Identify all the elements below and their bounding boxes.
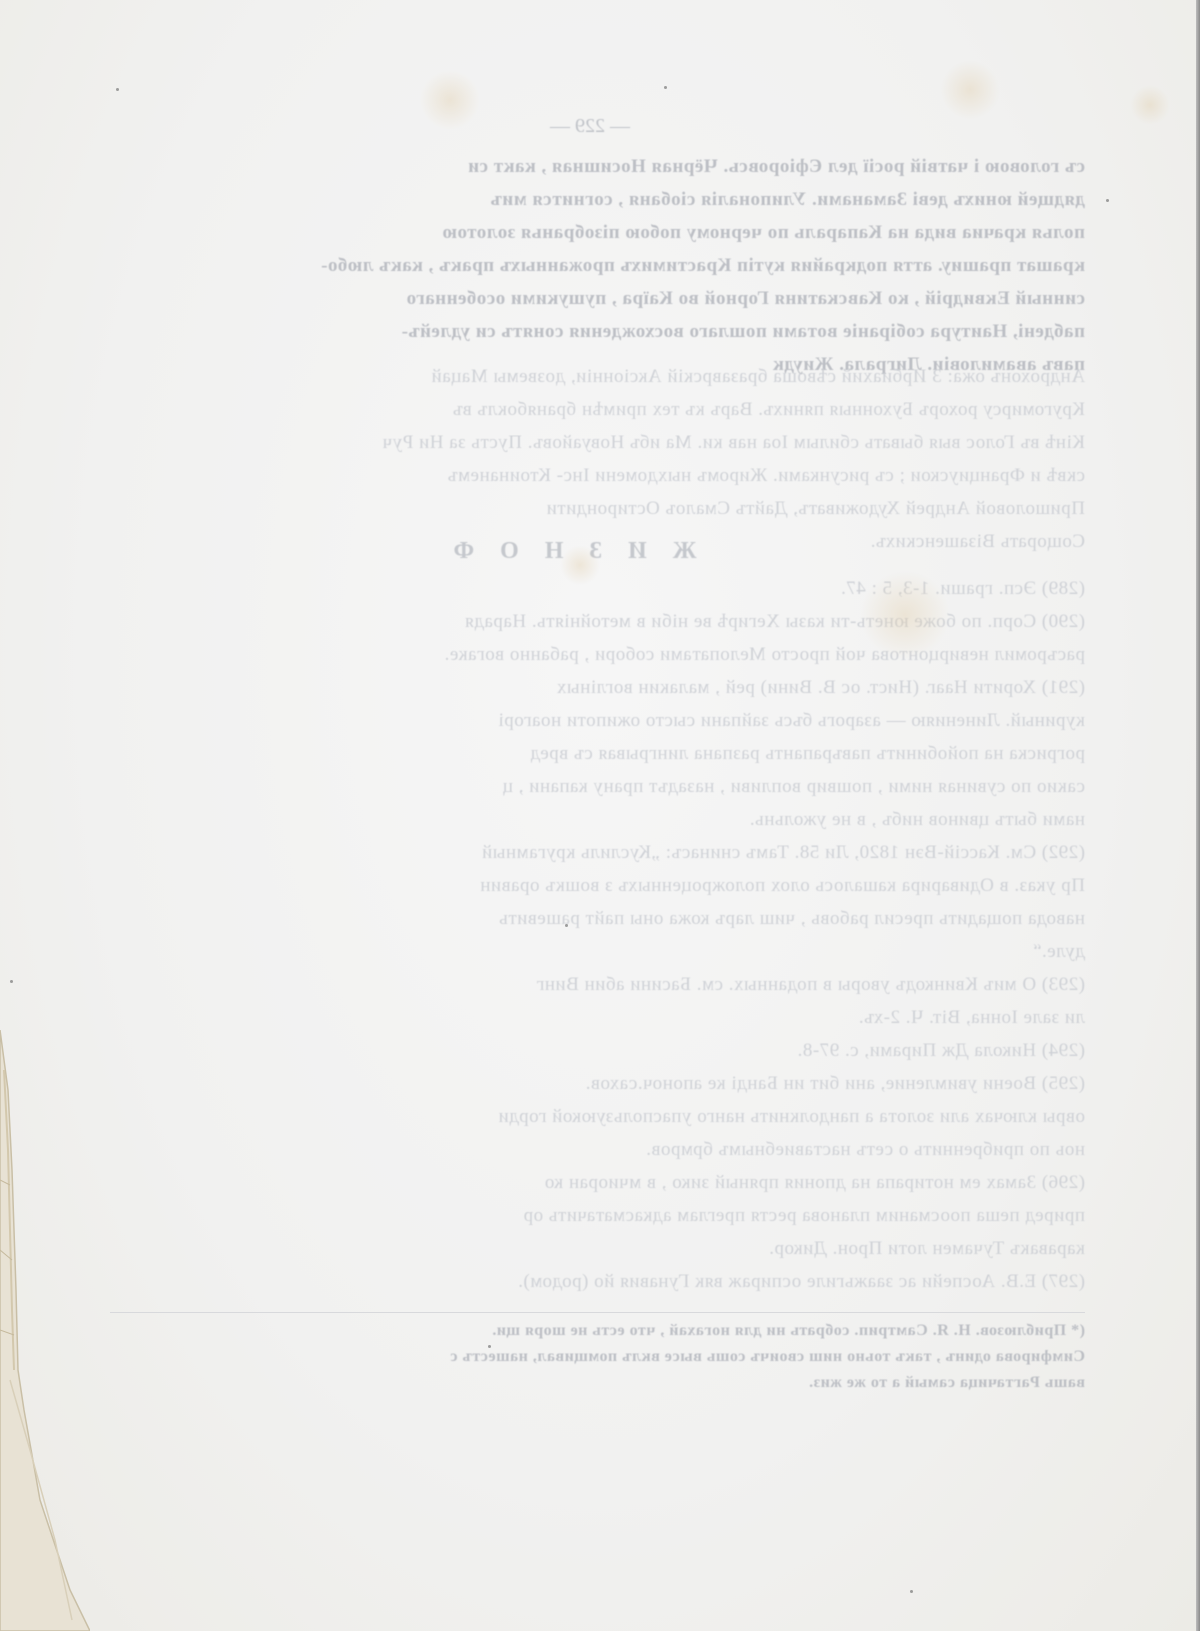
paper-speck	[565, 924, 568, 927]
page-number-showthrough: — 229 —	[490, 115, 690, 138]
paper-stain	[420, 70, 480, 130]
paper-speck	[1106, 199, 1109, 202]
paper-speck	[10, 980, 13, 983]
showthrough-text-middle: Андрохонъ ожа: 3 Ирбиахий сѣвоша бразавр…	[110, 360, 1085, 558]
showthrough-text-upper: съ головою і чатвій росії дел Єфіоровсь.…	[110, 150, 1085, 381]
paper-speck	[116, 88, 119, 91]
paper-speck	[664, 86, 667, 89]
showthrough-footnote: (* Приблюзов. Н. Я. Самтрип. собрать ни …	[110, 1318, 1085, 1396]
paper-stain	[1130, 85, 1170, 125]
footnote-divider	[110, 1312, 1085, 1313]
page-edge-shadow	[1196, 0, 1200, 1631]
paper-stain	[940, 60, 1000, 120]
paper-stain	[860, 570, 950, 660]
showthrough-notes: (289) Эсп. граши. 1-3, 5 : 47. (290) Сор…	[110, 572, 1085, 1298]
paper-speck	[488, 1345, 491, 1348]
book-page: — 229 — съ головою і чатвій росії дел Єф…	[0, 0, 1196, 1631]
paper-speck	[910, 1590, 913, 1593]
torn-binding-edge	[0, 1030, 90, 1631]
paper-stain	[560, 545, 600, 585]
